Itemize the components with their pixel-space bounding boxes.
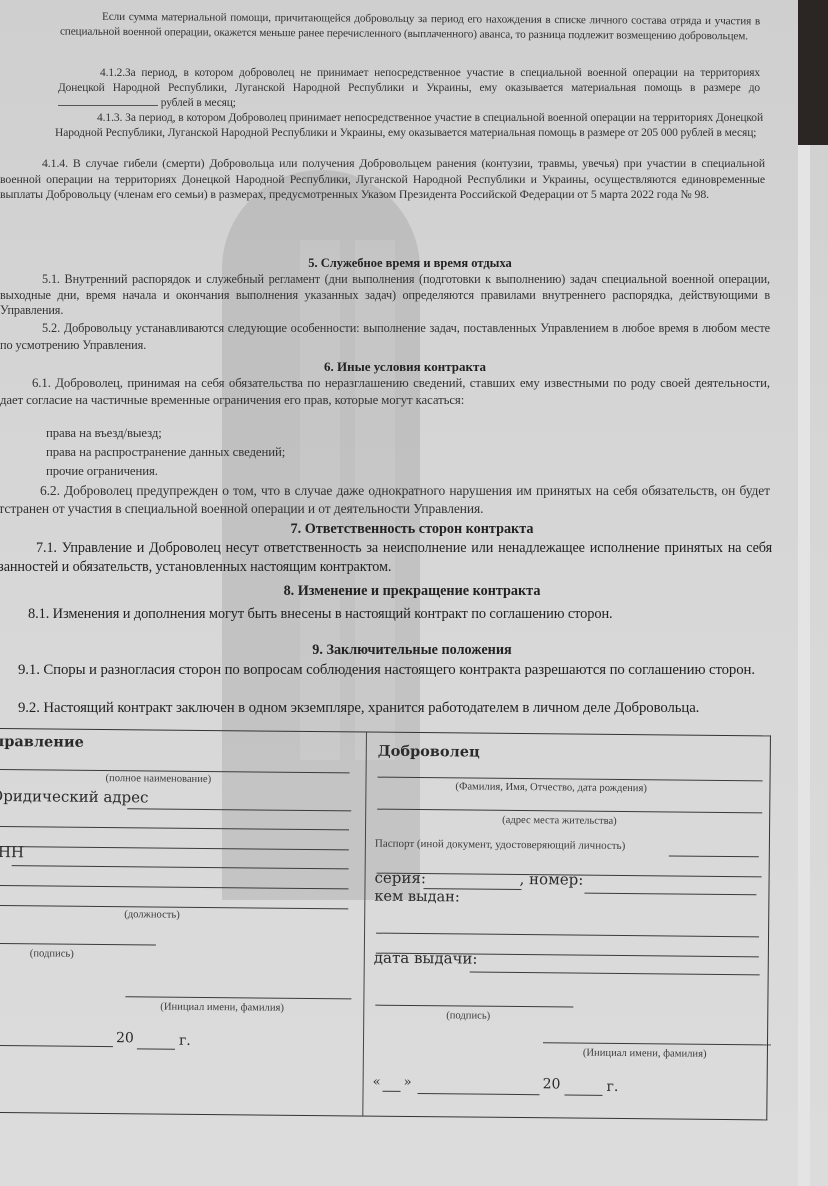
day-open-quote: « [373,1075,381,1090]
legal-address-field[interactable] [127,808,351,811]
paragraph-6-2: 6.2. Доброволец предупрежден о том, что … [0,482,770,518]
passport-label: Паспорт (иной документ, удостоверяющий л… [375,837,625,853]
paragraph-4-1-2-text: 4.1.2.За период, в котором доброволец не… [58,67,760,94]
issued-by-field[interactable] [376,933,759,938]
inn-field[interactable] [12,865,349,869]
list-item: права на распространение данных сведений… [46,443,285,462]
restrictions-list: права на въезд/выезд; права на распростр… [46,424,285,481]
section-5-title: 5. Служебное время и время отдыха [10,256,810,271]
section-9-title: 9. Заключительные положения [12,642,812,659]
passport-number-field[interactable] [584,893,756,896]
paragraph-4-1-1-tail: Если сумма материальной помощи, причитаю… [60,10,760,45]
employer-signature-field[interactable] [0,943,156,946]
position-caption: (должность) [124,908,180,923]
document-page: Если сумма материальной помощи, причитаю… [0,0,828,1186]
year-prefix: 20 [116,1030,134,1046]
paragraph-8-1: 8.1. Изменения и дополнения могут быть в… [28,605,788,623]
paragraph-9-2: 9.2. Настоящий контракт заключен в одном… [0,699,774,718]
fio-caption: (Фамилия, Имя, Отчество, дата рождения) [455,780,647,796]
volunteer-initials-caption: (Инициал имени, фамилия) [583,1047,707,1062]
volunteer-signature-caption: (подпись) [446,1009,490,1023]
section-6-title: 6. Иные условия контракта [5,359,805,375]
volunteer-address-field[interactable] [377,809,762,814]
employer-date-field[interactable] [0,1045,113,1047]
employer-header: Управление [0,733,84,751]
issued-by-label: кем выдан: [374,889,460,906]
paragraph-6-1: 6.1. Доброволец, принимая на себя обязат… [0,375,770,408]
issue-date-field[interactable] [470,972,760,976]
volunteer-signature-field[interactable] [375,1005,573,1008]
signature-table: Управление (полное наименование) Юридиче… [0,728,771,1120]
initials-caption: (Инициал имени, фамилия) [160,1001,284,1016]
volunteer-day-field[interactable] [383,1091,401,1092]
paragraph-7-1: 7.1. Управление и Доброволец несут ответ… [0,539,772,577]
issue-date-label: дата выдачи: [374,949,478,968]
paragraph-4-1-2-suffix: рублей в месяц; [161,97,236,109]
year-suffix: г. [179,1033,191,1049]
list-item: прочие ограничения. [46,462,285,481]
number-label: , номер: [519,870,583,889]
section-8-title: 8. Изменение и прекращение контракта [12,583,812,600]
passport-field[interactable] [669,855,759,857]
paragraph-4-1-4: 4.1.4. В случае гибели (смерти) Добровол… [0,156,765,203]
background-edge [798,0,828,145]
amount-blank [58,105,158,106]
employer-year-field[interactable] [137,1048,175,1049]
day-close-quote: » [404,1075,412,1090]
paragraph-5-2: 5.2. Добровольцу устанавливаются следующ… [0,320,770,353]
paragraph-5-1: 5.1. Внутренний распорядок и служебный р… [0,272,770,319]
volunteer-year-prefix: 20 [543,1076,561,1092]
volunteer-year-suffix: г. [607,1079,619,1095]
paragraph-9-1: 9.1. Споры и разногласия сторон по вопро… [0,661,774,680]
legal-address-label: Юридический адрес [0,787,149,807]
full-name-caption: (полное наименование) [105,772,211,787]
volunteer-year-field[interactable] [564,1094,602,1095]
paragraph-4-1-3: 4.1.3. За период, в котором Доброволец п… [55,111,763,141]
paper-edge [798,145,810,1186]
legal-address-field-2[interactable] [0,826,349,830]
inn-label: ИНН [0,843,24,861]
volunteer-initials-field[interactable] [543,1042,771,1045]
list-item: права на въезд/выезд; [46,424,285,443]
table-divider [362,733,367,1116]
address-caption: (адрес места жительства) [502,814,617,829]
series-label: серия: [374,869,426,887]
employer-initials-field[interactable] [125,996,351,999]
volunteer-month-field[interactable] [418,1093,540,1095]
volunteer-header: Доброволец [378,743,480,761]
section-7-title: 7. Ответственность сторон контракта [12,521,812,538]
paragraph-4-1-2: 4.1.2.За период, в котором доброволец не… [58,66,760,111]
legal-address-field-3[interactable] [0,846,349,850]
employer-extra-field[interactable] [0,885,348,889]
signature-caption: (подпись) [30,947,74,961]
